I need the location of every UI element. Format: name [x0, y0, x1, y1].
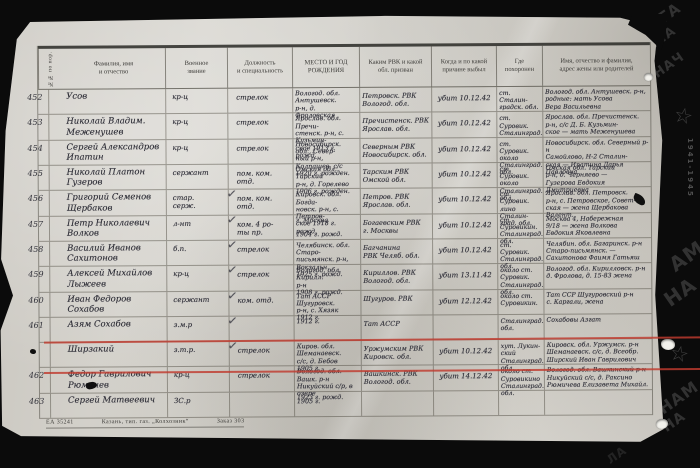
cell-burial — [499, 391, 545, 416]
check-mark-icon: ✓ — [227, 316, 238, 325]
cell-rank: сержант — [167, 165, 229, 190]
cell-name: Василий Иванов Сахитонов — [63, 241, 167, 266]
cell-birthplace: Ярослав. обл. Пречи- стенск. р-н, с. Куз… — [293, 113, 360, 138]
cell-position-text: пом. ком. отд. — [237, 169, 272, 185]
row-number: 456 — [26, 191, 50, 215]
cell-position: ✓ком. 4 ро- ты пр. — [229, 215, 294, 240]
print-footer: ЕА 35241 Казань, тип. газ. „Колхозник“ З… — [46, 418, 245, 428]
cell-name: Азям Сохабов — [64, 317, 168, 342]
cell-rank: л-нт — [167, 215, 229, 240]
watermark-text: НА — [659, 272, 700, 311]
cell-position: ✓стрелок — [229, 240, 294, 265]
table-row: 452 Усов кр-ц стрелок Вологод. обл. Анту… — [38, 86, 650, 115]
table-row: Ширзакий з.т.р. ✓стрелок Киров. обл. Шем… — [40, 339, 652, 368]
table-row: 454 Сергей Александров Ипатин кр-ц стрел… — [38, 137, 650, 166]
watermark-text: АМ — [664, 235, 700, 276]
table-row: 456 Григорий Семенов Щербаков стар. серж… — [39, 187, 651, 216]
cell-relatives — [545, 390, 652, 415]
watermark-text: НАЧ — [651, 49, 688, 81]
col-header-fate: Когда и по какой причине выбыл — [432, 46, 497, 86]
cell-fate: убит 10.12.42 — [432, 87, 497, 112]
table-header: №№ по пор. Фамилия, имя и отчество Военн… — [38, 42, 650, 90]
col-header-rank: Военное звание — [166, 48, 228, 88]
cell-position: ✓стрелок — [230, 341, 295, 366]
row-number: 463 — [27, 394, 51, 418]
cell-relatives: Челябин. обл. Багаринск. р-н Старо-письм… — [544, 238, 651, 263]
cell-birthplace: Вологод. обл. Антушевск. р-н, д. Фроловс… — [293, 88, 360, 113]
order-number: Заказ 303 — [217, 418, 245, 424]
cell-rank: стар. серж. — [167, 190, 229, 215]
cell-burial: ст. Суровик. Сталинград. обл. — [498, 239, 544, 264]
cell-fate: убит 10.12.42 — [432, 138, 497, 163]
col-header-birth: МЕСТО И ГОД РОЖДЕНИЯ — [293, 47, 360, 87]
cell-fate: убит 10.12.42 — [434, 340, 499, 365]
star-icon: ☆ — [672, 102, 696, 130]
cell-fate: убит 10.12.42 — [433, 214, 498, 239]
check-mark-icon: ✓ — [227, 265, 238, 274]
cell-position-text: стрелок — [236, 93, 268, 101]
cell-relatives: Вологод. обл. Антушевск. р-н, родные: ма… — [543, 86, 650, 111]
cell-burial: ст. Суровик. лино Сталин- град. обл. — [498, 188, 544, 213]
cell-burial: ст. Суровик. около Сталинград. обл. — [497, 137, 543, 162]
cell-draft-office: Шугуров. РВК — [361, 290, 433, 315]
cell-birthplace: 1912 г. — [295, 316, 362, 341]
row-number: 455 — [26, 166, 50, 190]
cell-fate: убит 13.11.42 — [433, 264, 498, 289]
cell-name: Сергей Александров Ипатин — [62, 140, 166, 165]
check-mark-icon: ✓ — [227, 240, 238, 249]
casualty-table: №№ по пор. Фамилия, имя и отчество Военн… — [37, 42, 653, 419]
watermark-years: 1941-1945 — [686, 138, 694, 198]
cell-name: Иван Федоров Сохабов — [63, 292, 167, 317]
col-header-burial: Где похоронен — [497, 46, 543, 86]
cell-name: Николай Платон Гузеров — [63, 165, 167, 190]
cell-position: пом. ком. отд. — [229, 164, 294, 189]
cell-birthplace: Омская обл. Тарский р-н, д. Горелево 190… — [294, 164, 361, 189]
row-number: 457 — [26, 216, 50, 240]
cell-position: ✓стрелок — [229, 265, 294, 290]
cell-burial: ст. Сталин- градск. обл. — [497, 87, 543, 112]
cell-name: Алексей Михайлов Лыжеев — [63, 266, 167, 291]
cell-draft-office: Пречистенск. РВК Ярослав. обл. — [360, 113, 432, 138]
check-mark-icon: ✓ — [227, 341, 238, 350]
cell-birthplace: Кировск. обл. Богда- новск. р-н, с. Петр… — [294, 189, 361, 214]
table-row: 453 Николай Владим. Меженушев кр-ц стрел… — [38, 111, 650, 140]
cell-draft-office: Петровск. РВК Вологод. обл. — [360, 87, 432, 112]
cell-birthplace: Новосибирск. обл., Север- ный р-н, Колпа… — [293, 139, 360, 164]
col-header-position: Должность и специальность — [228, 47, 293, 87]
row-number: 453 — [25, 115, 49, 139]
cell-draft-office: Богаевским РВК г. Москвы — [361, 214, 433, 239]
cell-draft-office: Северным РВК Новосибирск. обл. — [360, 138, 432, 163]
paper-hole — [644, 73, 653, 81]
cell-position-text: ком. 4 ро- ты пр. — [237, 220, 273, 236]
cell-name: Сергей Матвеевич — [64, 393, 168, 418]
cell-relatives: Москва 4, Набережная 9/18 — жена Волкова… — [544, 213, 651, 238]
cell-birthplace: Челябинск. обл. Старо- письмянск. р-н, В… — [294, 240, 361, 265]
cell-position-text: ком. отд. — [237, 296, 273, 304]
cell-relatives: Вологод. обл. Кирилловск. р-н д. Фролова… — [544, 263, 651, 288]
cell-position: стрелок — [228, 88, 293, 113]
table-row: 458 Василий Иванов Сахитонов б.п. ✓стрел… — [39, 238, 651, 267]
table-row: 463 Сергей Матвеевич ЗС.р 1923 г. рожд. — [40, 390, 652, 419]
cell-name: Усов — [62, 89, 166, 114]
cell-draft-office: Уржумским РВК Кировск. обл. — [362, 341, 434, 366]
table-row: 460 Иван Федоров Сохабов сержант ✓ком. о… — [39, 289, 651, 318]
cell-relatives: Тат ССР Шугуровский р-н с. Каргали, жена — [544, 289, 651, 314]
row-number: 459 — [26, 267, 50, 291]
cell-draft-office: Тат АССР — [362, 315, 434, 340]
cell-position-text: стрелок — [236, 119, 268, 127]
cell-fate: убит 10.12.42 — [433, 163, 498, 188]
cell-rank: кр-ц — [166, 89, 228, 114]
cell-fate: убит 10.12.42 — [433, 239, 498, 264]
cell-burial: около ст. Суровик. Сталинград. обл. — [498, 264, 544, 289]
cell-position: ✓пом. ком. отд. — [229, 190, 294, 215]
cell-birthplace: 1923 г. рожд. — [295, 392, 362, 417]
cell-relatives: Омская обл. Тарский р-н, д. Черняево — Г… — [544, 162, 651, 187]
ink-blot — [30, 349, 36, 354]
cell-birthplace: Тат АССР Шугуровск. р-н, с. Хязяк 1912 г… — [294, 290, 361, 315]
cell-rank: кр-ц — [166, 139, 228, 164]
cell-rank: кр-ц — [166, 114, 228, 139]
check-mark-icon: ✓ — [226, 215, 237, 224]
cell-burial: Сталинград. обл. — [499, 315, 545, 340]
cell-position: стрелок — [228, 139, 293, 164]
cell-relatives: Ярослав. обл. Пречистенск. р-н, с/с Д. Б… — [543, 111, 650, 136]
cell-burial: хут. Лукин- ский Сталинград. обл. — [499, 340, 545, 365]
cell-fate: убит 10.12.42 — [432, 112, 497, 137]
cell-position-text: стрелок — [238, 372, 270, 380]
cell-position-text: пом. ком. отд. — [237, 195, 272, 211]
check-mark-icon: ✓ — [227, 291, 238, 300]
cell-burial: ст. Суровик. около Сталинград. обл. — [498, 163, 544, 188]
cell-position: ✓ — [230, 316, 295, 341]
paper-hole — [661, 339, 675, 350]
table-row: 457 Петр Николаевич Волков л-нт ✓ком. 4 … — [39, 213, 651, 242]
cell-name: Николай Владим. Меженушев — [62, 114, 166, 139]
cell-birthplace: г. Москва 1904 г. рожд. — [294, 214, 361, 239]
cell-relatives: Кировск. обл. Уржумск. р-н Шеманаевск. с… — [545, 339, 652, 364]
cell-fate: убит 10.12.42 — [433, 188, 498, 213]
cell-birthplace: Вологод. обл. Кирилл. р-н 1908 г. рожд. — [294, 265, 361, 290]
table-row: 459 Алексей Михайлов Лыжеев кр-ц ✓стрело… — [39, 263, 651, 292]
cell-name: Григорий Семенов Щербаков — [63, 190, 167, 215]
cell-position — [230, 392, 295, 417]
cell-relatives: Сохабовы Азгат — [545, 314, 652, 339]
cell-rank: з.т.р. — [168, 342, 230, 367]
row-number: 458 — [26, 242, 50, 266]
cell-burial: около ст. Суровикин. — [498, 289, 544, 314]
row-number — [27, 343, 51, 367]
cell-position-text: стрелок — [238, 347, 270, 355]
cell-draft-office: Тарским РВК Омской обл. — [361, 163, 433, 188]
col-header-number: №№ по пор. — [38, 49, 62, 89]
cell-position-text: стрелок — [237, 271, 269, 279]
cell-burial: ст. Суровикин. Сталинград. обл. — [498, 213, 544, 238]
cell-fate — [434, 315, 499, 340]
cell-name: Петр Николаевич Волков — [63, 216, 167, 241]
cell-position-text: стрелок — [237, 245, 269, 253]
printer-name: Казань, тип. газ. „Колхозник“ — [102, 419, 189, 426]
cell-draft-office: Кириллов. РВК Вологод. обл. — [361, 265, 433, 290]
cell-relatives: Новосибирск. обл. Северный р-н Самойлово… — [543, 137, 650, 162]
cell-rank: б.п. — [167, 241, 229, 266]
cell-rank: з.м.р — [168, 317, 230, 342]
table-row: 455 Николай Платон Гузеров сержант пом. … — [39, 162, 651, 191]
cell-position-text: стрелок — [236, 144, 268, 152]
cell-position: стрелок — [228, 114, 293, 139]
check-mark-icon: ✓ — [226, 189, 237, 198]
cell-rank: кр-ц — [167, 266, 229, 291]
row-number: 461 — [27, 318, 51, 342]
cell-birthplace: Киров. обл. Шеманаевск. с/с, д. Бебов 19… — [295, 341, 362, 366]
cell-draft-office: Петров. РВК Ярослав. обл. — [361, 189, 433, 214]
scanned-document: ГА АЛА НАЧ ☆ 1941-1945 АМ НА ☆ НАМ НА ЛА… — [0, 0, 700, 468]
cell-fate — [434, 391, 499, 416]
form-code: ЕА 35241 — [46, 419, 74, 425]
col-header-rvk: Каким РВК и какой обл. призван — [360, 46, 432, 86]
watermark-text: ЛА — [604, 443, 629, 467]
col-header-name: Фамилия, имя и отчество — [62, 48, 166, 89]
col-header-family: Имя, отчество и фамилия, адрес жены или … — [543, 45, 650, 86]
cell-rank: сержант — [167, 291, 229, 316]
row-number: 460 — [26, 292, 50, 316]
row-number: 454 — [25, 140, 49, 164]
cell-draft-office: Багчанина РВК Челяб. обл. — [361, 239, 433, 264]
cell-rank: ЗС.р — [168, 392, 230, 417]
cell-draft-office — [362, 391, 434, 416]
cell-fate: убит 12.12.42 — [433, 290, 498, 315]
cell-name: Ширзакий — [64, 342, 168, 367]
cell-burial: ст. Суровик. Сталинград. — [497, 112, 543, 137]
cell-position: ✓ком. отд. — [229, 291, 294, 316]
row-number: 452 — [25, 90, 49, 114]
